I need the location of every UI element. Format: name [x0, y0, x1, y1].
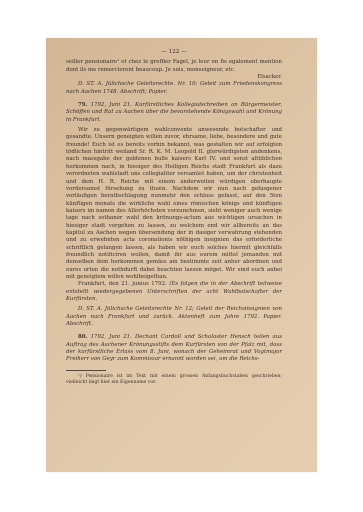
entry-number: 80.	[78, 334, 87, 340]
entry-number: 79.	[78, 102, 87, 108]
signature: Elsacker.	[66, 74, 282, 81]
entry-heading: 1792, Juni 21. Kurfürstliches Kollegials…	[66, 102, 282, 123]
footnote: ¹) Pensionaire ist im Text mit einem gro…	[66, 374, 282, 386]
entry-body: Wir zu gegenwärtigem wahlconvente anwese…	[66, 127, 282, 281]
page-number: — 122 —	[66, 49, 282, 56]
scanned-book-page: — 122 — seiller pensionaire¹ et chez le …	[46, 38, 317, 472]
source-citation: D. ST. A. Jülichsche Geleitsrechte Nr. 1…	[66, 306, 282, 328]
entry-79: 79. 1792, Juni 21. Kurfürstliches Kolleg…	[66, 102, 282, 124]
entry-heading: 1792, Juni 21. Dechant Cardoll und Schol…	[66, 334, 282, 362]
entry-80: 80. 1792, Juni 21. Dechant Cardoll und S…	[66, 334, 282, 363]
closing-date: Frankfurt, den 21. junius 1792.	[78, 281, 167, 287]
footnote-divider	[66, 370, 106, 371]
page-text: — 122 — seiller pensionaire¹ et chez le …	[66, 49, 282, 386]
entry-closing: Frankfurt, den 21. junius 1792. (Es folg…	[66, 281, 282, 303]
continuation-text: seiller pensionaire¹ et chez le greffier…	[66, 59, 282, 74]
source-citation: D. ST. A. Jülichsche Geleitsrechte. Nr. …	[66, 81, 282, 96]
